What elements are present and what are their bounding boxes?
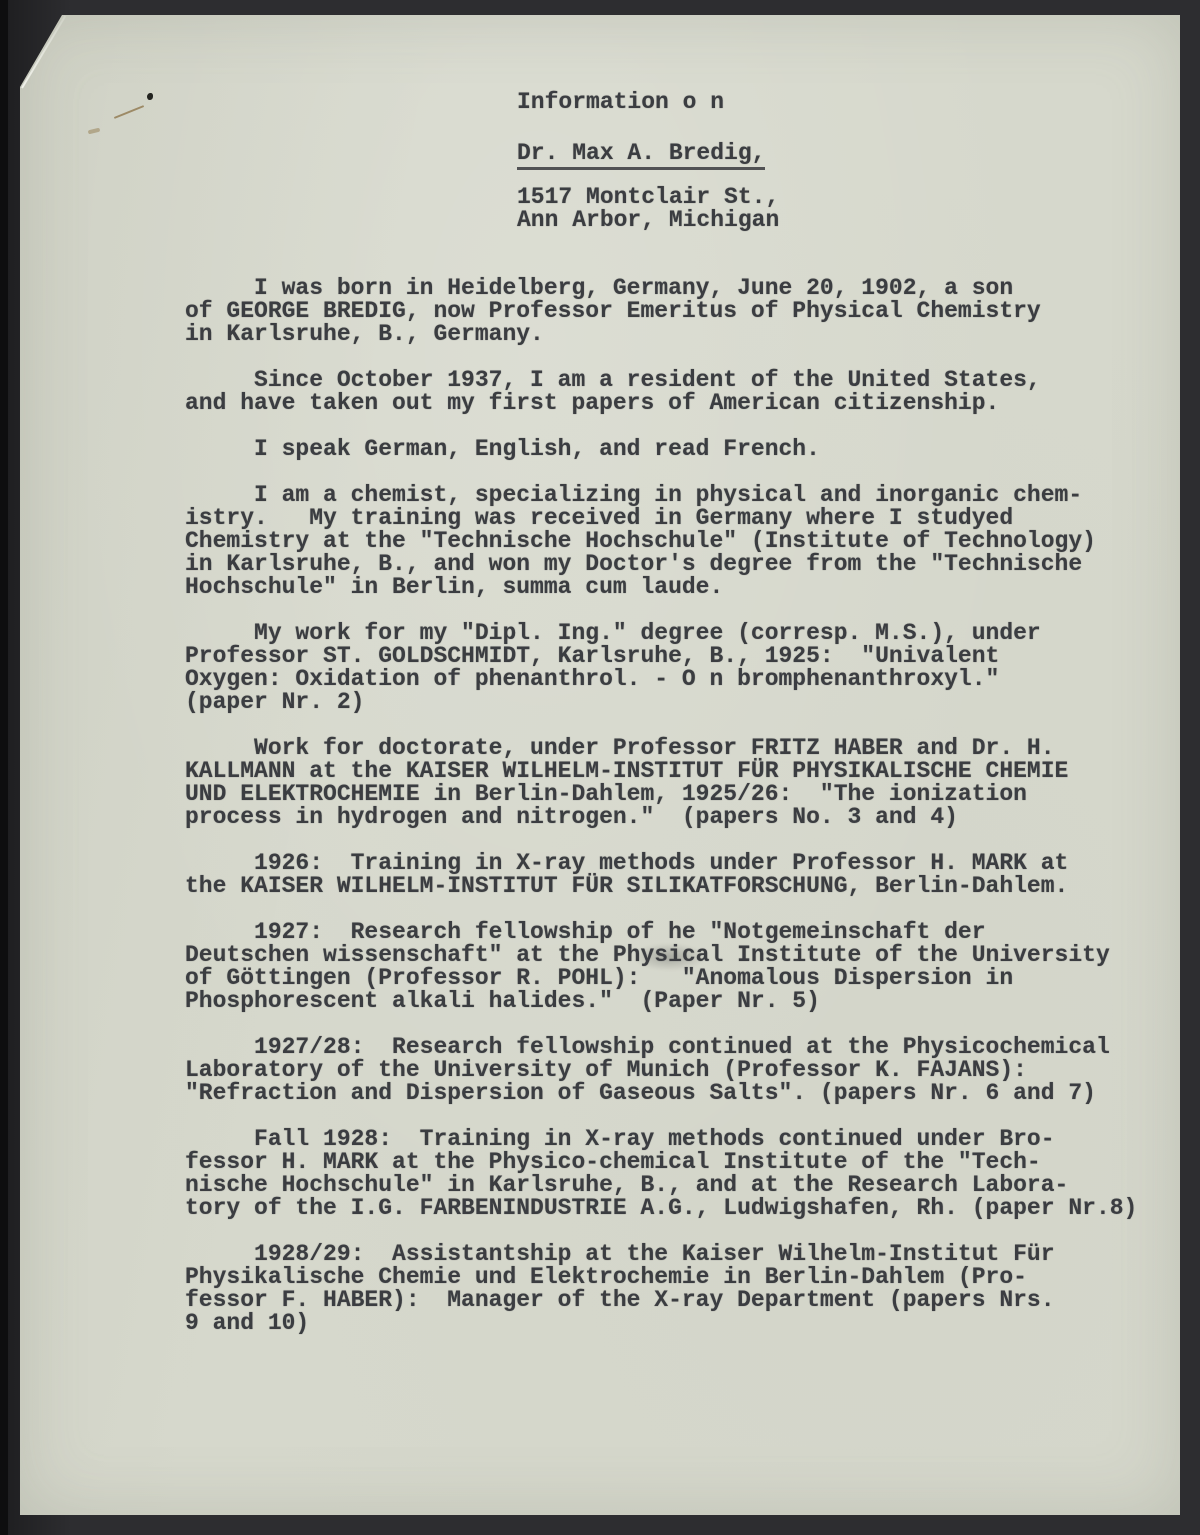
- text-line: Phosphorescent alkali halides." (Paper N…: [185, 990, 1175, 1013]
- text-line: I was born in Heidelberg, Germany, June …: [185, 277, 1175, 300]
- text-line: in Karlsruhe, B., and won my Doctor's de…: [185, 553, 1175, 576]
- paper-scratch: [88, 128, 101, 135]
- paragraph: Fall 1928: Training in X-ray methods con…: [185, 1128, 1175, 1220]
- paragraph: Since October 1937, I am a resident of t…: [185, 369, 1175, 415]
- text-line: tory of the I.G. FARBENINDUSTRIE A.G., L…: [185, 1197, 1175, 1220]
- text-line: (paper Nr. 2): [185, 691, 1175, 714]
- text-line: 9 and 10): [185, 1312, 1175, 1335]
- paper-scratch: [114, 105, 144, 119]
- text-line: Professor ST. GOLDSCHMIDT, Karlsruhe, B.…: [185, 645, 1175, 668]
- paragraph: My work for my "Dipl. Ing." degree (corr…: [185, 622, 1175, 714]
- text-line: UND ELEKTROCHEMIE in Berlin-Dahlem, 1925…: [185, 783, 1175, 806]
- text-line: Since October 1937, I am a resident of t…: [185, 369, 1175, 392]
- text-line: of GEORGE BREDIG, now Professor Emeritus…: [185, 300, 1175, 323]
- paragraph: 1927: Research fellowship of he "Notgeme…: [185, 921, 1175, 1013]
- text-line: Fall 1928: Training in X-ray methods con…: [185, 1128, 1175, 1151]
- text-line: Laboratory of the University of Munich (…: [185, 1059, 1175, 1082]
- address-line-street: 1517 Montclair St.,: [517, 186, 779, 209]
- document-title: Information o n: [517, 91, 724, 114]
- text-line: Chemistry at the "Technische Hochschule"…: [185, 530, 1175, 553]
- text-line: Hochschule" in Berlin, summa cum laude.: [185, 576, 1175, 599]
- text-line: the KAISER WILHELM-INSTITUT FÜR SILIKATF…: [185, 875, 1175, 898]
- underlined-name: Dr. Max A. Bredig,: [517, 140, 765, 170]
- paragraph: I was born in Heidelberg, Germany, June …: [185, 277, 1175, 346]
- text-line: fessor H. MARK at the Physico-chemical I…: [185, 1151, 1175, 1174]
- paragraph: I am a chemist, specializing in physical…: [185, 484, 1175, 599]
- paragraph: 1926: Training in X-ray methods under Pr…: [185, 852, 1175, 898]
- text-line: Deutschen wissenschaft" at the Physical …: [185, 944, 1175, 967]
- text-line: in Karlsruhe, B., Germany.: [185, 323, 1175, 346]
- paragraph: I speak German, English, and read French…: [185, 438, 1175, 461]
- scan-background: Information o n Dr. Max A. Bredig, 1517 …: [0, 0, 1200, 1535]
- text-line: fessor F. HABER): Manager of the X-ray D…: [185, 1289, 1175, 1312]
- address-line-city: Ann Arbor, Michigan: [517, 209, 779, 232]
- text-line: Work for doctorate, under Professor FRIT…: [185, 737, 1175, 760]
- text-line: nische Hochschule" in Karlsruhe, B., and…: [185, 1174, 1175, 1197]
- text-line: KALLMANN at the KAISER WILHELM-INSTITUT …: [185, 760, 1175, 783]
- paper-page: Information o n Dr. Max A. Bredig, 1517 …: [20, 15, 1180, 1515]
- text-line: I am a chemist, specializing in physical…: [185, 484, 1175, 507]
- text-line: of Göttingen (Professor R. POHL): "Anoma…: [185, 967, 1175, 990]
- paragraph: 1928/29: Assistantship at the Kaiser Wil…: [185, 1243, 1175, 1335]
- text-line: 1928/29: Assistantship at the Kaiser Wil…: [185, 1243, 1175, 1266]
- document-body: I was born in Heidelberg, Germany, June …: [185, 277, 1175, 1335]
- paper-speck: [147, 93, 153, 100]
- text-line: I speak German, English, and read French…: [185, 438, 1175, 461]
- corner-fold-crease: [21, 15, 66, 88]
- text-line: 1926: Training in X-ray methods under Pr…: [185, 852, 1175, 875]
- paragraph: Work for doctorate, under Professor FRIT…: [185, 737, 1175, 829]
- scanner-edge-strip: [0, 0, 8, 1535]
- text-line: 1927/28: Research fellowship continued a…: [185, 1036, 1175, 1059]
- text-line: istry. My training was received in Germa…: [185, 507, 1175, 530]
- text-line: Physikalische Chemie und Elektrochemie i…: [185, 1266, 1175, 1289]
- paragraph: 1927/28: Research fellowship continued a…: [185, 1036, 1175, 1105]
- text-line: "Refraction and Dispersion of Gaseous Sa…: [185, 1082, 1175, 1105]
- text-line: 1927: Research fellowship of he "Notgeme…: [185, 921, 1175, 944]
- text-line: process in hydrogen and nitrogen." (pape…: [185, 806, 1175, 829]
- text-line: Oxygen: Oxidation of phenanthrol. - O n …: [185, 668, 1175, 691]
- text-line: and have taken out my first papers of Am…: [185, 392, 1175, 415]
- text-line: My work for my "Dipl. Ing." degree (corr…: [185, 622, 1175, 645]
- document-subject-name: Dr. Max A. Bredig,: [517, 142, 765, 165]
